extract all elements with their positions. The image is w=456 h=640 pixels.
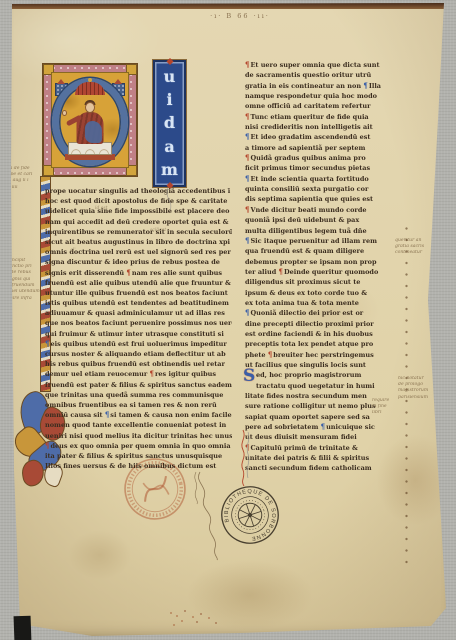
text-line: ¶Quoniã dilectio dei prior est or: [245, 308, 393, 318]
text-line: nisi credideritis non intelligetis ait: [245, 122, 393, 132]
text-line: hoc est quod dicit apostolus de fide spe…: [45, 196, 232, 206]
raised-hand: [62, 110, 67, 116]
banner-letter: d: [164, 115, 175, 131]
text-line: utuntur ille quibus fruendū est nos beat…: [45, 288, 232, 298]
manuscript-photo: ·ı· B 66 ·ıı·: [0, 0, 456, 640]
text-column-left: prope uocatur singulis ad theologiã acce…: [45, 186, 232, 471]
gloss: scilicet: [150, 228, 166, 233]
text-line: debemus propter se ipsam non prop: [245, 257, 393, 267]
text-line: sancti secundum fidem catholicam: [245, 463, 393, 473]
text-line: ¶Et uero super omnia que dicta sunt: [245, 60, 393, 70]
paraph-mark-blue: ¶: [245, 308, 250, 317]
banner-letter: u: [164, 69, 176, 85]
text-line: ¶Vnde dicitur beati mundo corde: [245, 205, 393, 215]
text-line: que nos beatos faciunt peruenire possimu…: [45, 318, 232, 328]
text-line: unitate dei patris & filii & spiritus: [245, 453, 393, 463]
text-line: nomen quod tante excellentie conueniat p…: [45, 420, 232, 430]
text-line: signis erit disserendū ¶nam res alie sun…: [45, 268, 232, 278]
text-line: sicut ait beatus augustinus in libro de …: [45, 237, 232, 247]
illuminated-banner-uidam: uidam: [153, 60, 186, 187]
text-line: ¶Tunc etiam queritur de fide quia: [245, 112, 393, 122]
margin-note-line: libri: [372, 410, 402, 416]
text-line: diligendus sit proximus sicut te: [245, 277, 393, 287]
margin-note-line: cap iiii: [2, 185, 42, 191]
paraph-mark-red: ¶: [245, 153, 250, 162]
text-line: his rebus quibus fruendū est obtinendis …: [45, 359, 232, 369]
text-line: ex tota anima tua & tota mente: [245, 298, 393, 308]
paraph-mark-red: ¶: [245, 60, 250, 69]
text-line: litate fides nostra secundum men: [245, 391, 393, 401]
text-line: dine precepti dilectio proximi prior: [245, 319, 393, 329]
gloss: id est: [95, 206, 108, 211]
text-line: ¶deus ex quo omnia per quem omnia in quo…: [45, 441, 232, 451]
text-line: ¶Sic itaque peruenitur ad illam rem: [245, 236, 393, 246]
text-line: ed, hoc proprio magistrorum: [245, 370, 393, 380]
text-line: signa discuntur & ideo prius de rebus po…: [45, 257, 232, 267]
margin-note-line: est uel utendum: [2, 289, 42, 295]
text-line: ipsum & deus ex toto corde tuo &: [245, 288, 393, 298]
sorbonne-stamp: BIBLIOTHEQUE DE SORBONNE: [210, 476, 290, 555]
margin-note-left_mid: hic incipitdistinctio prima de rebuset s…: [2, 258, 42, 295]
banner-letter: a: [164, 139, 174, 155]
text-line: est ordine faciendi & in his duobus: [245, 329, 393, 339]
text-line: quoniã ipsi deū uidebunt & pax: [245, 215, 393, 225]
text-line: demur uel etiam reuocemur ¶res igitur qu…: [45, 369, 232, 379]
text-line: phete ¶breuiter hec perstringemus: [245, 350, 393, 360]
text-line: dis septima sapientia que quies est: [245, 194, 393, 204]
text-line: ¶Capitulū primū de trinitate &: [245, 443, 393, 453]
text-line: que trinitas una quedã summa res communi…: [45, 390, 232, 400]
text-line: sure ratione colligitur ut nemo plus: [245, 401, 393, 411]
text-line: cursus noster & aliquando etiam deflecti…: [45, 349, 232, 359]
text-line: ¶Et inde scientia quarta fortitudo: [245, 174, 393, 184]
parchment-page: ·ı· B 66 ·ıı·: [0, 0, 456, 640]
text-line: omniū causa sit ¶si tamen & causa non en…: [45, 410, 232, 420]
banner-letter: i: [166, 92, 172, 108]
text-line: multa diligentibus legem tuã dñe: [245, 226, 393, 236]
paraph-mark-blue: ¶: [363, 81, 368, 90]
paraph-mark-blue: ¶: [245, 174, 250, 183]
text-line: adiuuamur & quasi adminiculamur ut ad il…: [45, 308, 232, 318]
text-line: sapiat quam oportet sapere sed sa: [245, 412, 393, 422]
margin-note-left_top: nota de fideet spe et caritate aug li ic…: [2, 166, 42, 191]
banner-letter: m: [161, 162, 178, 178]
text-line: ut deus diuisit mensuram fidei: [245, 432, 393, 442]
text-line: ut facilius que singulis locis sunt: [245, 360, 393, 370]
text-line: qui fruimur & utimur inter utrasque cons…: [45, 329, 232, 339]
seated-figure-mantle: [85, 121, 102, 143]
text-line: fruendū est pater & filius & spiritus sa…: [45, 380, 232, 390]
text-line: istis quibus utendū est tendentes ad bea…: [45, 298, 232, 308]
text-line: pere ad sobrietatem ¶unicuique sic: [245, 422, 393, 432]
text-line: quinta consiliū sexta purgatio cor: [245, 184, 393, 194]
page-top-edge: [0, 0, 456, 9]
figure-head: [85, 102, 95, 113]
paraph-mark-blue: ¶: [105, 410, 110, 419]
paraph-mark-blue: ¶: [321, 422, 326, 431]
text-line: ¶Et ideo gradatim ascendendū est: [245, 132, 393, 142]
paraph-mark-red: ¶: [126, 268, 131, 277]
paraph-mark-red: ¶: [245, 205, 250, 214]
margin-note-right_c: requirein finelibri: [372, 398, 402, 417]
text-column-right: S ¶Et uero super omnia que dicta suntde …: [245, 60, 393, 474]
text-line: a timore ad sapientiã per septem: [245, 143, 393, 153]
shelfmark-inscription: ·ı· B 66 ·ıı·: [200, 12, 280, 20]
margin-note-left_single: require infra: [2, 296, 42, 302]
paraph-mark-blue: ¶: [245, 236, 250, 245]
text-line: de sacramentis questio oritur utrū: [245, 70, 393, 80]
ink-specks: [170, 612, 172, 614]
text-line: ter aliud ¶Deinde queritur quomodo: [245, 267, 393, 277]
text-line: qua fruendū est & quam diligere: [245, 246, 393, 256]
text-line: uidelicet quia sine fide impossibile est…: [45, 206, 232, 216]
corner-tab: [14, 616, 32, 640]
margin-note-line: require infra: [2, 296, 42, 302]
red-library-stamp: [116, 450, 194, 528]
pricking-holes: [404, 226, 410, 566]
paraph-mark-red: ¶: [150, 369, 155, 378]
text-line: preceptis tota lex pendet atque pro: [245, 339, 393, 349]
banner-ornament: [166, 58, 173, 65]
paraph-mark-blue: ¶: [245, 132, 250, 141]
text-line: ¶Quidã gradus quibus anima pro: [245, 153, 393, 163]
text-line: tractatu quod uegetatur in humi: [245, 381, 393, 391]
text-line: gratia in eis contineatur an non ¶Illa: [245, 81, 393, 91]
historiated-initial-miniature: [42, 63, 138, 177]
text-line: prope uocatur singulis ad theologiã acce…: [45, 186, 232, 196]
paraph-mark-red: ¶: [45, 441, 50, 450]
text-line: ueniri nisi quod melius ita dicitur trin…: [45, 431, 232, 441]
text-line: nam qui accedit ad deū credere oportet q…: [45, 217, 232, 227]
text-line: namque respondetur quia hoc modo: [245, 91, 393, 101]
gloss: gl': [70, 248, 76, 253]
gold-ground-panel: [51, 72, 129, 168]
text-line: omnibus fruentibus ea si tamen res & non…: [45, 400, 232, 410]
paraph-mark-red: ¶: [245, 112, 250, 121]
paraph-mark-red: ¶: [279, 267, 284, 276]
paraph-mark-red: ¶: [245, 443, 250, 452]
paraph-mark-blue: ¶: [45, 339, 50, 348]
text-line: ¶eis quibus utendū est frui uoluerimus i…: [45, 339, 232, 349]
paraph-mark-red: ¶: [268, 350, 273, 359]
text-line: fruendū est alie quibus utendū alie que …: [45, 278, 232, 288]
text-line: ficit primus timor secundus pietas: [245, 163, 393, 173]
text-line: inquirentibus se remunerator sit in secu…: [45, 227, 232, 237]
penwork-initial-s: S: [243, 368, 255, 385]
text-line: omne officiū ad caritatem refertur: [245, 101, 393, 111]
